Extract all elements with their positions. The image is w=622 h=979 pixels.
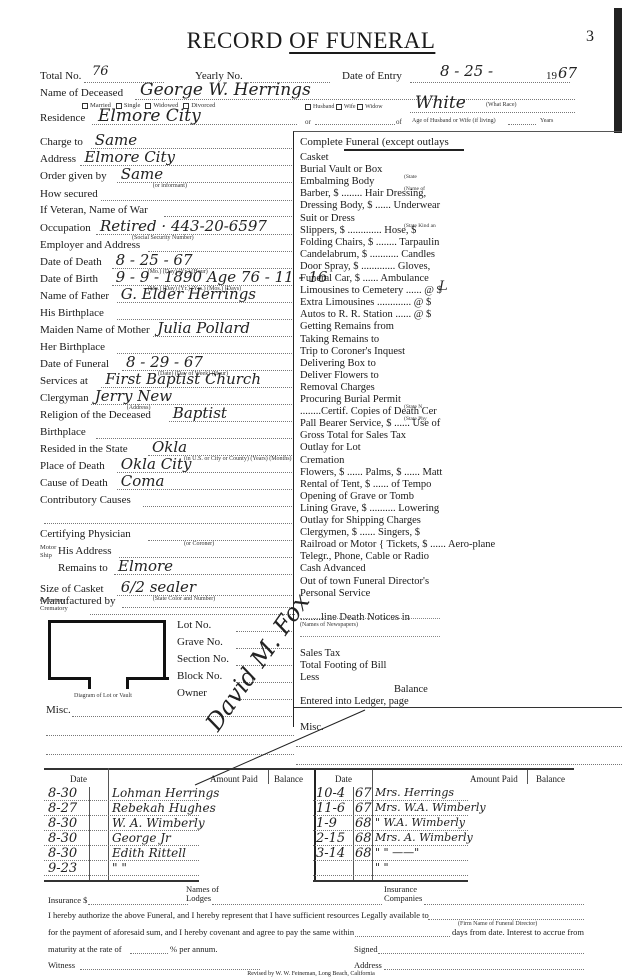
field-label: Date of Death <box>40 256 102 268</box>
ledger-top-rule <box>44 768 574 770</box>
charge-item: Barber, $ ........ Hair Dressing, <box>300 188 426 199</box>
field-value[interactable]: Same <box>121 165 163 183</box>
ledger-date: 1-9 <box>316 816 337 831</box>
payment-text-b: days from date. Interest to accrue from <box>452 927 584 937</box>
years-label: Years <box>540 118 553 124</box>
residence-value[interactable]: Elmore City <box>98 106 201 126</box>
ledger-date: 8-27 <box>48 801 77 816</box>
field-input-line[interactable] <box>148 540 294 541</box>
field-value[interactable]: Elmore <box>118 557 173 575</box>
days-field[interactable] <box>355 936 450 937</box>
charge-item: Personal Service <box>300 588 370 599</box>
insurance-label: Insurance $ <box>48 895 87 905</box>
field-label: His Birthplace <box>40 307 104 319</box>
charge-item: Removal Charges <box>300 382 375 393</box>
spouse-widow-checkbox[interactable]: Widow <box>357 104 382 110</box>
motor-ship-label: MotorShip <box>40 544 56 560</box>
panel-misc-label: Misc. <box>300 722 324 733</box>
page-title: RECORD OF FUNERAL <box>0 28 622 54</box>
field-label: Remains to <box>58 562 108 574</box>
field-label: If Veteran, Name of War <box>40 204 148 216</box>
charge-item: Lining Grave, $ .......... Lowering <box>300 503 439 514</box>
charge-item: Cash Advanced <box>300 563 366 574</box>
field-input-line[interactable] <box>96 438 294 439</box>
cemetery-crematory-label: CemeteryCrematory <box>40 597 68 613</box>
field-label: Contributory Causes <box>40 494 131 506</box>
ledger-date: 8-30 <box>48 846 77 861</box>
ledger-name: " " <box>375 861 389 874</box>
field-label: Date of Funeral <box>40 358 109 370</box>
field-value[interactable]: 8 - 25 - 67 <box>116 251 193 269</box>
field-value[interactable]: 8 - 29 - 67 <box>126 353 203 371</box>
date-of-entry-line <box>410 82 570 83</box>
ledger-name: " " <box>112 861 127 875</box>
lot-field-label: Lot No. <box>177 619 211 631</box>
signed-field[interactable] <box>378 953 584 954</box>
ledger-right-balance-header: Balance <box>536 774 565 784</box>
field-label: Address <box>40 153 76 165</box>
field-input-line[interactable] <box>122 607 294 608</box>
field-label: How secured <box>40 188 98 200</box>
race-value[interactable]: White <box>415 93 466 113</box>
lodges-field[interactable] <box>212 904 382 905</box>
lodges-label: Names ofLodges <box>186 885 219 903</box>
ledger-right-vline <box>372 770 373 882</box>
charge-item: Taking Remains to <box>300 334 379 345</box>
lot-diagram-box <box>48 620 166 680</box>
field-value[interactable]: Julia Pollard <box>157 319 250 337</box>
charge-item: Slippers, $ ............. Hose, $ <box>300 225 416 236</box>
field-label: His Address <box>58 545 111 557</box>
date-of-entry-label: Date of Entry <box>342 70 402 82</box>
field-value[interactable]: G. Elder Herrings <box>121 285 256 303</box>
ledger-date: 2-15 <box>316 831 345 846</box>
field-label: Employer and Address <box>40 239 140 251</box>
interest-rate-field[interactable] <box>130 953 168 954</box>
field-label: Cause of Death <box>40 477 108 489</box>
date-of-entry-year-prefix: 19 <box>546 70 557 82</box>
ledger-date: 10-4 <box>316 786 345 801</box>
panel-misc-field-1[interactable] <box>296 746 622 747</box>
charge-item: Opening of Grave or Tomb <box>300 491 414 502</box>
residence-label: Residence <box>40 112 85 124</box>
insurance-field[interactable] <box>88 904 188 905</box>
field-label: Her Birthplace <box>40 341 105 353</box>
funeral-charges-panel: Complete Funeral (except outlays CasketB… <box>293 131 622 727</box>
charge-item: Casket <box>300 152 329 163</box>
newspapers-field-2[interactable] <box>300 636 440 637</box>
charge-item: Funeral Car, $ ...... Ambulance <box>300 273 429 284</box>
field-label: Religion of the Deceased <box>40 409 151 421</box>
balance-label: Balance <box>394 684 428 695</box>
payment-text-a: for the payment of aforesaid sum, and I … <box>48 927 354 937</box>
ledger-left-balance-header: Balance <box>274 774 303 784</box>
panel-divider <box>294 707 622 708</box>
spouse-husband-checkbox[interactable]: Husband <box>305 104 334 110</box>
field-sublabel: (State Color and Number) <box>153 596 215 602</box>
ledger-date: 3-14 <box>316 846 345 861</box>
cemetery-field[interactable] <box>90 614 295 615</box>
or-field[interactable] <box>315 124 395 125</box>
field-label: Order given by <box>40 170 107 182</box>
charge-item: Dressing Body, $ ...... Underwear <box>300 200 440 211</box>
race-label: (What Race) <box>486 102 516 108</box>
address-field[interactable] <box>384 969 584 970</box>
field-label: Occupation <box>40 222 91 234</box>
charge-item: Autos to R. R. Station ...... @ $ <box>300 309 431 320</box>
ledger-name: Mrs. W.A. Wimberly <box>375 801 486 814</box>
charge-item: Out of town Funeral Director's <box>300 576 429 587</box>
charge-item: Trip to Coroner's Inquest <box>300 346 405 357</box>
charge-item: Extra Limousines ............. @ $ <box>300 297 431 308</box>
name-of-deceased-value[interactable]: George W. Herrings <box>140 80 311 100</box>
field-sublabel: (in U.S. or City or County) (Years) (Mon… <box>184 456 292 462</box>
spouse-options-group: Husband Wife Widow <box>305 104 383 110</box>
ledger-name: George Jr <box>112 831 171 845</box>
field-label: Birthplace <box>40 426 86 438</box>
ledger-left-vline <box>108 768 109 880</box>
field-value[interactable]: Baptist <box>173 404 227 422</box>
age-spouse-label: Age of Husband or Wife (if living) <box>412 118 496 124</box>
less-label: Less <box>300 672 319 683</box>
field-label: Maiden Name of Mother <box>40 324 150 336</box>
companies-field[interactable] <box>424 904 584 905</box>
field-sublabel: (or Coroner) <box>184 541 214 547</box>
field-value[interactable]: First Baptist Church <box>105 370 261 388</box>
charge-item: Pall Bearer Service, $ ...... Use of <box>300 418 440 429</box>
revised-by-credit: Revised by W. W. Feineman, Long Beach, C… <box>0 971 622 977</box>
field-label: Resided in the State <box>40 443 128 455</box>
ledger-right-vline-3 <box>527 770 528 784</box>
ledger-left-date-header: Date <box>70 774 87 784</box>
ledger-date: 8-30 <box>48 816 77 831</box>
page-edge-shadow <box>614 8 622 133</box>
field-value[interactable]: 6/2 sealer <box>121 578 196 596</box>
ledger-right-amount-header: Amount Paid <box>470 774 518 784</box>
field-label: Services at <box>40 375 88 387</box>
ledger-name: Mrs. Herrings <box>375 786 454 799</box>
ledger-name: Rebekah Hughes <box>112 801 216 815</box>
field-input-line[interactable] <box>44 523 294 524</box>
race-line <box>410 112 575 113</box>
total-no-value[interactable]: 76 <box>92 64 109 79</box>
ledger-name: Lohman Herrings <box>112 786 219 800</box>
field-sublabel: (or informant) <box>153 183 187 189</box>
ledger-name: " W.A. Wimberly <box>375 816 465 829</box>
maturity-text-b: % per annum. <box>170 944 217 954</box>
charge-item: Delivering Box to <box>300 358 376 369</box>
address-label: Address <box>354 960 382 970</box>
field-label: Certifying Physician <box>40 528 131 540</box>
diagram-leg-left <box>88 677 91 689</box>
field-sublabel: (Social Security Number) <box>132 235 194 241</box>
charge-item: Rental of Tent, $ ...... of Tempo <box>300 479 431 490</box>
getting-remains-value: L <box>439 279 448 294</box>
lot-field-label: Section No. <box>177 653 229 665</box>
field-value[interactable]: Retired · 443-20-6597 <box>100 217 267 235</box>
page-number: 3 <box>586 28 594 46</box>
diagram-base-left <box>48 677 91 680</box>
charge-item: Door Spray, $ ............. Gloves, <box>300 261 430 272</box>
ledger-left-amount-header: Amount Paid <box>210 774 258 784</box>
ledger-name: W. A. Wimberly <box>112 816 205 830</box>
entered-ledger-label: Entered into Ledger, page <box>300 696 409 707</box>
field-label: Name of Father <box>40 290 109 302</box>
ledger-date: 8-30 <box>48 831 77 846</box>
charge-item: Cremation <box>300 455 344 466</box>
field-value[interactable]: Okla City <box>121 455 192 473</box>
charges-header-underline <box>344 149 464 151</box>
charge-item: Deliver Flowers to <box>300 370 379 381</box>
maturity-text-a: maturity at the rate of <box>48 944 122 954</box>
field-value[interactable]: Same <box>95 131 137 149</box>
charge-item: Suit or Dress <box>300 213 355 224</box>
charge-item: Candelabrum, $ ........... Candles <box>300 249 435 260</box>
charge-item: Flowers, $ ...... Palms, $ ...... Matt <box>300 467 442 478</box>
field-input-line[interactable] <box>143 506 294 507</box>
field-label: Charge to <box>40 136 83 148</box>
charges-header: Complete Funeral (except outlays <box>300 136 449 148</box>
ledger-date: 11-6 <box>316 801 345 816</box>
witness-field[interactable] <box>80 969 260 970</box>
field-input-line[interactable] <box>101 200 294 201</box>
lot-field-label: Grave No. <box>177 636 223 648</box>
field-value[interactable]: Coma <box>121 472 165 490</box>
ledger-year: 68 <box>355 816 372 831</box>
field-value[interactable]: Jerry New <box>95 387 172 405</box>
field-label: Place of Death <box>40 460 105 472</box>
authorize-text: I hereby authorize the above Funeral, an… <box>48 910 429 920</box>
date-of-entry-value[interactable]: 8 - 25 - <box>440 62 493 80</box>
age-spouse-field[interactable] <box>508 124 536 125</box>
charge-item: Limousines to Cemetery ...... @ $ <box>300 285 442 296</box>
charge-item: Telegr., Phone, Cable or Radio <box>300 551 429 562</box>
field-value[interactable]: Okla <box>152 438 187 456</box>
charge-item: Outlay for Shipping Charges <box>300 515 421 526</box>
ledger-left-bottom-rule <box>44 880 199 882</box>
spouse-wife-checkbox[interactable]: Wife <box>336 104 356 110</box>
ledger-year: 68 <box>355 846 372 861</box>
newspapers-field[interactable] <box>300 618 440 619</box>
ledger-right-bottom-rule <box>313 880 468 882</box>
total-no-label: Total No. <box>40 70 81 82</box>
newspapers-label: (Names of Newspapers) <box>300 622 358 628</box>
ledger-name: " " ——" <box>375 846 419 859</box>
ledger-right-date-header: Date <box>335 774 352 784</box>
of-label: of <box>396 118 402 126</box>
ledger-date: 9-23 <box>48 861 77 876</box>
charge-item: Embalming Body <box>300 176 374 187</box>
charge-item: Clergymen, $ ...... Singers, $ <box>300 527 420 538</box>
ledger-year: 68 <box>355 831 372 846</box>
funeral-director-field[interactable] <box>428 919 584 920</box>
witness-label: Witness <box>48 960 75 970</box>
charge-item: Outlay for Lot <box>300 442 361 453</box>
charge-item: Burial Vault or Box <box>300 164 382 175</box>
ledger-name: Edith Rittell <box>112 846 186 860</box>
ledger-left-vline-3 <box>268 770 269 784</box>
lot-field-label: Owner <box>177 687 207 699</box>
diagram-base-right <box>126 677 169 680</box>
field-value[interactable]: Elmore City <box>84 148 175 166</box>
diagram-leg-right <box>126 677 129 689</box>
ledger-year: 67 <box>355 801 372 816</box>
charge-item: Getting Remains from <box>300 321 394 332</box>
lot-field-label: Block No. <box>177 670 222 682</box>
field-label: Clergyman <box>40 392 89 404</box>
charge-item: Procuring Burial Permit <box>300 394 401 405</box>
or-label: or <box>305 118 311 126</box>
panel-misc-field-2[interactable] <box>296 764 622 765</box>
charge-item-sublabel: (State <box>404 174 417 180</box>
sales-tax-label: Sales Tax <box>300 648 340 659</box>
charge-item: Railroad or Motor { Tickets, $ ...... Ae… <box>300 539 495 550</box>
companies-label: InsuranceCompanies <box>384 885 422 903</box>
field-label: Date of Birth <box>40 273 98 285</box>
misc-label: Misc. <box>46 704 71 716</box>
ledger-date: 8-30 <box>48 786 77 801</box>
diagram-caption: Diagram of Lot or Vault <box>74 693 132 699</box>
ledger-year: 67 <box>355 786 372 801</box>
name-of-deceased-label: Name of Deceased <box>40 87 123 99</box>
signed-label: Signed <box>354 944 378 954</box>
total-footing-label: Total Footing of Bill <box>300 660 386 671</box>
date-of-entry-year-value[interactable]: 67 <box>558 64 577 82</box>
charge-item: Gross Total for Sales Tax <box>300 430 406 441</box>
charge-item: Folding Chairs, $ ........ Tarpaulin <box>300 237 439 248</box>
ledger-name: Mrs. A. Wimberly <box>375 831 473 844</box>
field-label: Size of Casket <box>40 583 104 595</box>
